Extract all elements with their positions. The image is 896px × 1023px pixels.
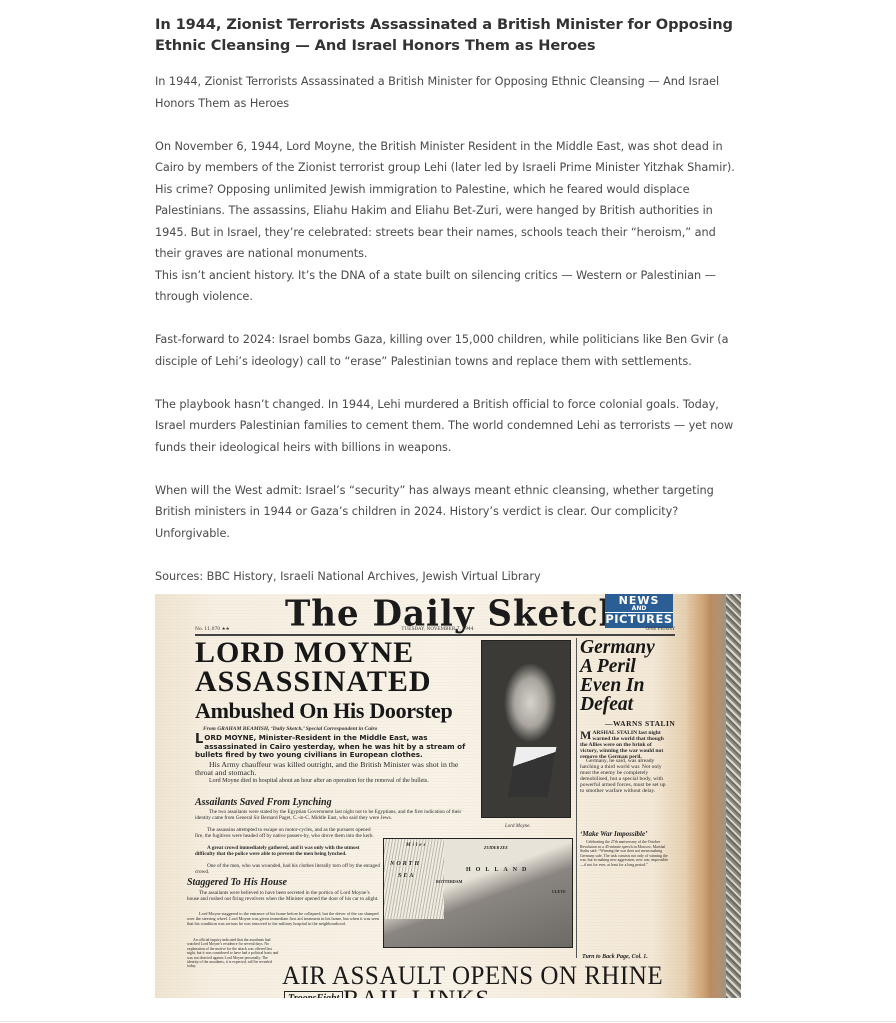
rail-links-headline: RAIL LINKS xyxy=(343,986,490,998)
map-label-rotterdam: ROTTERDAM xyxy=(436,879,462,884)
sub-headline: Ambushed On His Doorstep xyxy=(195,698,452,724)
issue-price: ONE PENNY xyxy=(645,627,675,632)
map-label-miles: Miles xyxy=(406,843,427,848)
lead-paragraph: LORD MOYNE, Minister-Resident in the Mid… xyxy=(195,734,473,760)
right-headline-line-2: A Peril xyxy=(580,657,655,676)
right-headline: Germany A Peril Even In Defeat xyxy=(580,638,655,714)
news-and-pictures-badge: NEWS AND PICTURES xyxy=(605,594,673,628)
bottom-divider xyxy=(0,1021,896,1022)
right-lead: MARSHAL STALIN last night warned the wor… xyxy=(580,730,670,760)
map-sea-hatching xyxy=(384,839,444,919)
photo-caption: Lord Moyne. xyxy=(505,824,531,829)
map-label-sea: SEA xyxy=(398,873,415,879)
story-para-7: The assailants were believed to have bee… xyxy=(187,891,380,903)
main-headline: LORD MOYNE ASSASSINATED xyxy=(195,638,432,696)
headline-line-2: ASSASSINATED xyxy=(195,667,432,696)
right-headline-line-3: Even In xyxy=(580,676,655,695)
story-para-5: A great crowd immediately gathered, and … xyxy=(195,846,380,858)
newspaper-image: The Daily Sketch NEWS AND PICTURES No. 1… xyxy=(155,594,741,998)
article-paragraph-west: When will the West admit: Israel’s “secu… xyxy=(155,480,745,545)
story-para-8: Lord Moyne staggered to the entrance of … xyxy=(187,912,380,926)
map-label-north: NORTH xyxy=(390,861,421,867)
right-para-1: Germany, he said, was already hatching a… xyxy=(580,758,670,794)
holland-map: Miles NORTH SEA HOLLAND ROTTERDAM ZUIDER… xyxy=(383,838,573,948)
map-label-zuider-zee: ZUIDER ZEE xyxy=(484,845,508,850)
right-lead-text: ARSHAL STALIN last night warned the worl… xyxy=(580,730,664,760)
map-label-cleve: CLEVE xyxy=(552,889,566,894)
article-title: In 1944, Zionist Terrorists Assassinated… xyxy=(155,14,745,56)
article-sources: Sources: BBC History, Israeli National A… xyxy=(155,566,745,588)
story-para-2: Lord Moyne died in hospital about an hou… xyxy=(195,778,473,784)
subhead-lynching: Assailants Saved From Lynching xyxy=(195,797,332,808)
carpet-background xyxy=(726,594,741,998)
story-para-4: The assassins attempted to escape on mot… xyxy=(195,828,380,840)
article-paragraph-summary: In 1944, Zionist Terrorists Assassinated… xyxy=(155,71,745,114)
portrait-collar xyxy=(508,747,557,797)
article-paragraph-playbook: The playbook hasn’t changed. In 1944, Le… xyxy=(155,394,745,459)
article-body: In 1944, Zionist Terrorists Assassinated… xyxy=(155,71,745,587)
subhead-staggered: Staggered To His House xyxy=(187,877,287,888)
byline: From GRAHAM BEAMISH, ‘Daily Sketch,’ Spe… xyxy=(203,726,377,732)
lead-text: ORD MOYNE, Minister-Resident in the Midd… xyxy=(195,733,465,759)
warns-stalin: —WARNS STALIN xyxy=(605,719,675,728)
story-para-9: An official inquiry indicated that the a… xyxy=(187,938,279,969)
map-label-holland: HOLLAND xyxy=(466,867,531,873)
issue-number: No. 11,070 ★★ xyxy=(195,627,230,632)
make-war-impossible-subhead: ‘Make War Impossible’ xyxy=(580,830,647,838)
right-headline-line-1: Germany xyxy=(580,638,655,657)
column-rule xyxy=(576,638,577,958)
right-para-2: Celebrating the 27th anniversary of the … xyxy=(580,840,670,867)
troops-fight-box: TroopsFight xyxy=(284,991,343,998)
article-paragraph-history: On November 6, 1944, Lord Moyne, the Bri… xyxy=(155,136,745,265)
article-paragraph-dna: This isn’t ancient history. It’s the DNA… xyxy=(155,265,745,308)
story-para-1: His Army chauffeur was killed outright, … xyxy=(195,761,473,776)
badge-line-pictures: PICTURES xyxy=(605,612,673,626)
article-paragraph-2024: Fast-forward to 2024: Israel bombs Gaza,… xyxy=(155,329,745,372)
paper-fold-edge xyxy=(687,594,727,998)
dateline: No. 11,070 ★★ TUESDAY, NOVEMBER 7, 1944 … xyxy=(195,627,675,632)
lord-moyne-portrait xyxy=(481,640,571,818)
article: In 1944, Zionist Terrorists Assassinated… xyxy=(155,14,745,609)
right-headline-line-4: Defeat xyxy=(580,695,655,714)
story-para-3: The two assailants were stated by the Eg… xyxy=(195,810,473,822)
issue-date: TUESDAY, NOVEMBER 7, 1944 xyxy=(401,627,473,632)
headline-line-1: LORD MOYNE xyxy=(195,638,432,667)
story-para-6: One of the men, who was wounded, had his… xyxy=(195,864,380,876)
turn-to-back-page: Turn to Back Page, Col. 1. xyxy=(582,954,648,960)
right-lead-dropcap: M xyxy=(580,730,591,741)
lead-dropcap: L xyxy=(195,734,203,746)
